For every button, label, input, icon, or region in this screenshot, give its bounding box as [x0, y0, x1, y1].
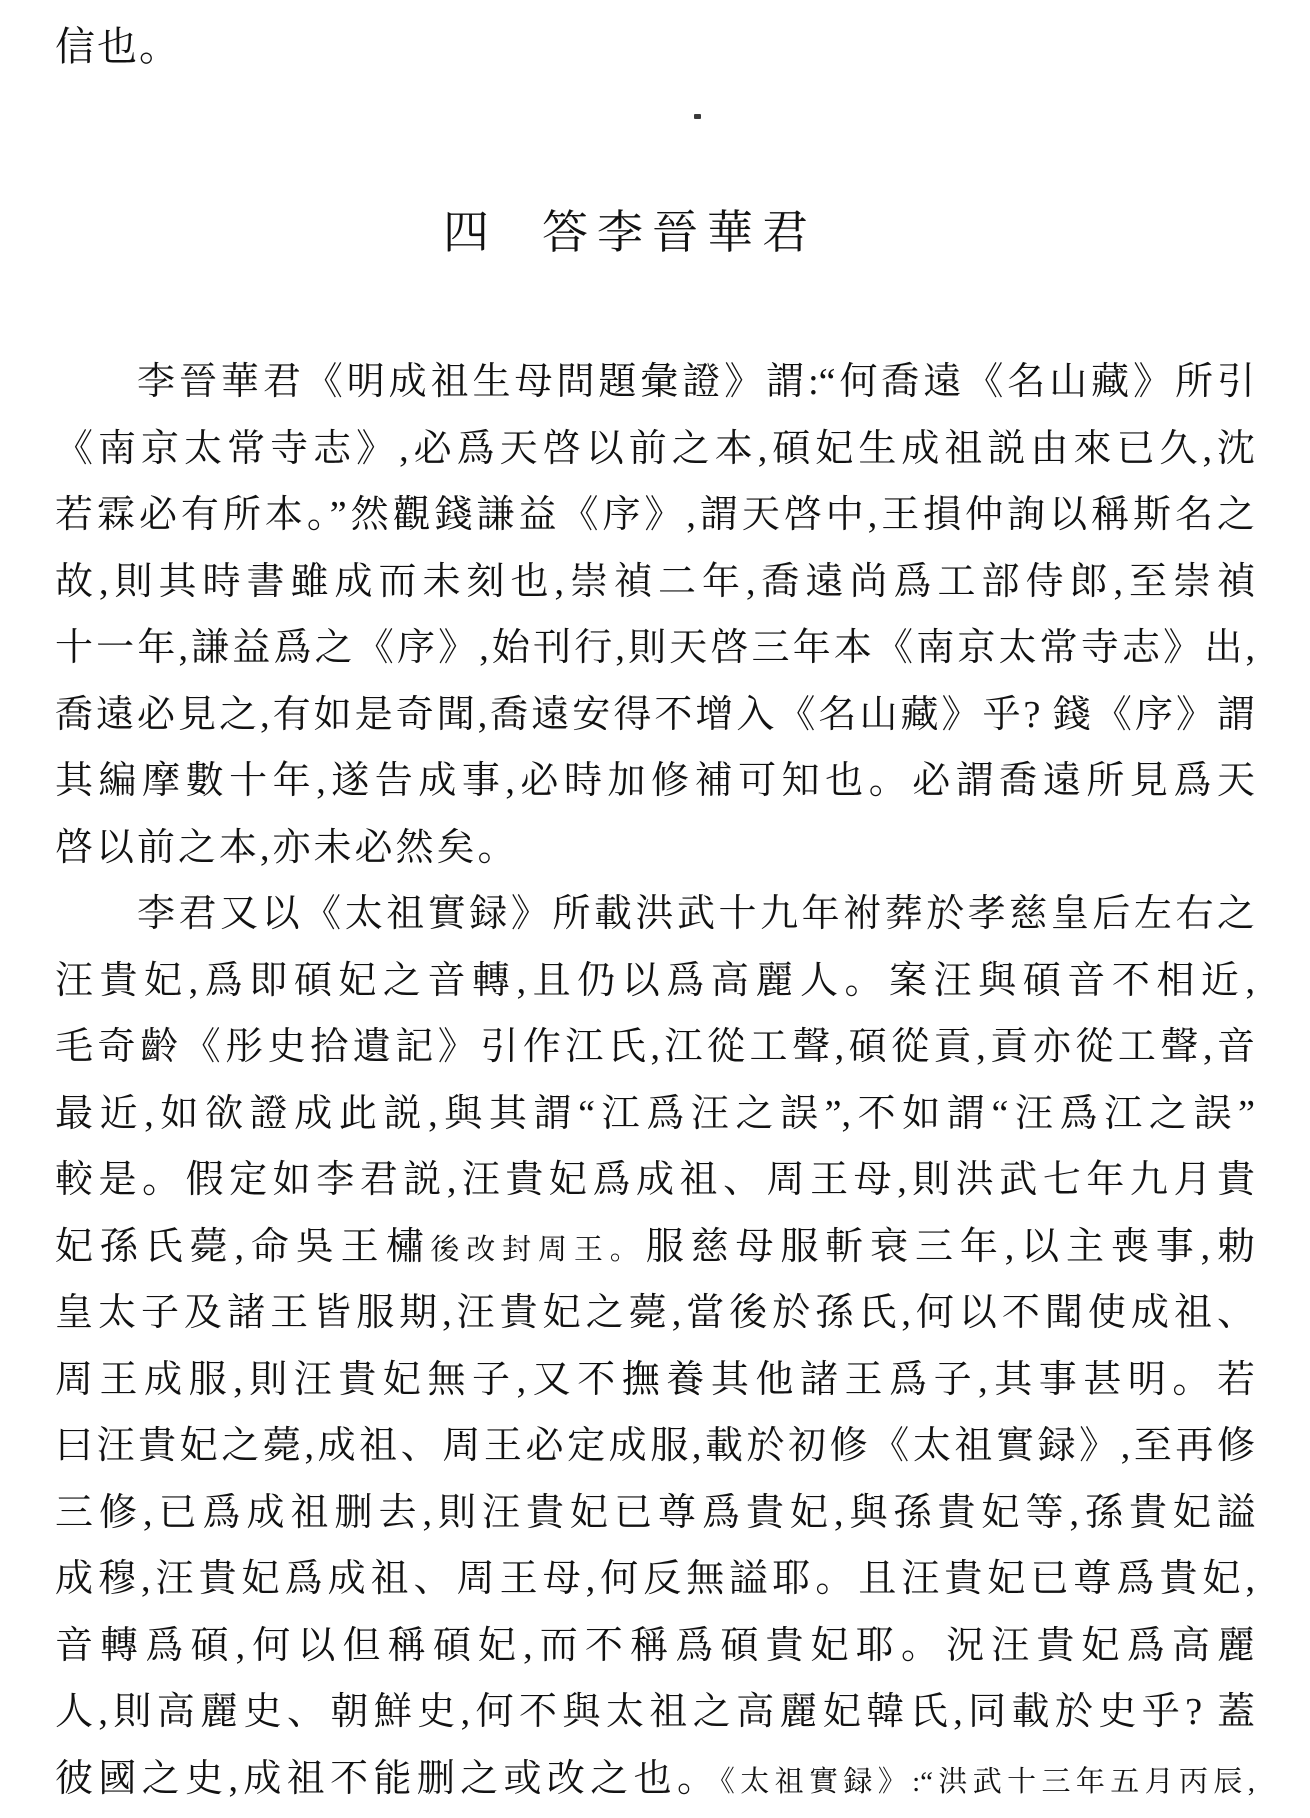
- text-line: 三修,已爲成祖删去,則汪貴妃已尊爲貴妃,與孫貴妃等,孫貴妃謚: [55, 1480, 1255, 1547]
- text-line: 最近,如欲證成此説,與其謂“江爲汪之誤”,不如謂“汪爲江之誤”: [55, 1081, 1255, 1148]
- text-line: 《南京太常寺志》,必爲天啓以前之本,碩妃生成祖説由來已久,沈: [55, 416, 1255, 483]
- text-line: 音轉爲碩,何以但稱碩妃,而不稱爲碩貴妃耶。況汪貴妃爲高麗: [55, 1613, 1255, 1680]
- text-line: 成穆,汪貴妃爲成祖、周王母,何反無謚耶。且汪貴妃已尊爲貴妃,: [55, 1546, 1255, 1613]
- text-line: 啓以前之本,亦未必然矣。: [55, 815, 1255, 882]
- text-line: 李晉華君《明成祖生母問題彙證》謂:“何喬遠《名山藏》所引: [55, 349, 1255, 416]
- text-line: 故,則其時書雖成而未刻也,崇禎二年,喬遠尚爲工部侍郎,至崇禎: [55, 549, 1255, 616]
- text-segment: 服慈母服斬衰三年,以主喪事,勅: [646, 1226, 1255, 1268]
- book-page: 信也。 四 答李晉華君 李晉華君《明成祖生母問題彙證》謂:“何喬遠《名山藏》所引…: [0, 0, 1310, 1818]
- section-name: 答李晉華君: [542, 203, 817, 263]
- text-line: 皇太子及諸王皆服期,汪貴妃之薨,當後於孫氏,何以不聞使成祖、: [55, 1280, 1255, 1347]
- text-line: 妃孫氏薨,命吳王橚後改封周王。服慈母服斬衰三年,以主喪事,勅: [55, 1214, 1255, 1281]
- text-line: 曰汪貴妃之薨,成祖、周王必定成服,載於初修《太祖實録》,至再修: [55, 1413, 1255, 1480]
- text-line: 喬遠必見之,有如是奇聞,喬遠安得不增入《名山藏》乎? 錢《序》謂: [55, 682, 1255, 749]
- text-line: 毛奇齡《彤史拾遺記》引作江氏,江從工聲,碩從貢,貢亦從工聲,音: [55, 1014, 1255, 1081]
- text-line: 其編摩數十年,遂告成事,必時加修補可知也。必謂喬遠所見爲天: [55, 748, 1255, 815]
- body-text: 李晉華君《明成祖生母問題彙證》謂:“何喬遠《名山藏》所引 《南京太常寺志》,必爲…: [55, 349, 1255, 1812]
- text-line: 周王成服,則汪貴妃無子,又不撫養其他諸王爲子,其事甚明。若: [55, 1347, 1255, 1414]
- section-title: 四 答李晉華君: [443, 203, 817, 263]
- text-line: 彼國之史,成祖不能删之或改之也。《太祖實録》:“洪武十三年五月丙辰,: [55, 1746, 1255, 1813]
- text-segment: 妃孫氏薨,命吳王橚: [55, 1226, 430, 1268]
- text-line: 較是。假定如李君説,汪貴妃爲成祖、周王母,則洪武七年九月貴: [55, 1147, 1255, 1214]
- text-segment: 彼國之史,成祖不能删之或改之也。: [55, 1758, 720, 1800]
- text-line: 人,則高麗史、朝鮮史,何不與太祖之高麗妃韓氏,同載於史乎? 蓋: [55, 1679, 1255, 1746]
- text-line: 汪貴妃,爲即碩妃之音轉,且仍以爲高麗人。案汪與碩音不相近,: [55, 948, 1255, 1015]
- text-line: 十一年,謙益爲之《序》,始刊行,則天啓三年本《南京太常寺志》出,: [55, 615, 1255, 682]
- text-line: 李君又以《太祖實録》所載洪武十九年袝葬於孝慈皇后左右之: [55, 881, 1255, 948]
- inline-note: 《太祖實録》:“洪武十三年五月丙辰,: [720, 1766, 1255, 1798]
- section-number: 四: [443, 203, 489, 263]
- ink-speck-icon: [694, 114, 701, 119]
- text-line: 若霖必有所本。”然觀錢謙益《序》,謂天啓中,王損仲詢以稱斯名之: [55, 482, 1255, 549]
- previous-section-closing-text: 信也。: [55, 22, 181, 72]
- inline-note: 後改封周王。: [430, 1234, 645, 1266]
